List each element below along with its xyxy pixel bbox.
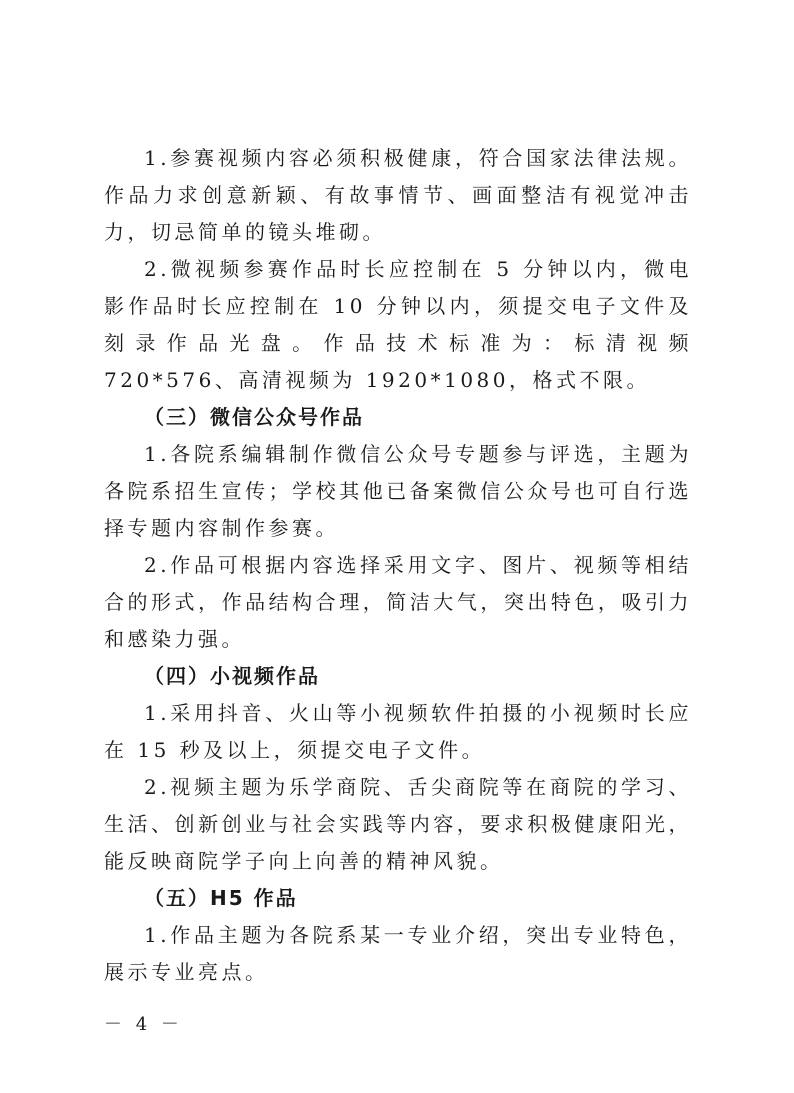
paragraph-h5-theme: 1.作品主题为各院系某一专业介绍，突出专业特色，展示专业亮点。 — [104, 917, 692, 991]
document-body: 1.参赛视频内容必须积极健康，符合国家法律法规。作品力求创意新颖、有故事情节、画… — [104, 140, 692, 991]
paragraph-video-content-requirements: 1.参赛视频内容必须积极健康，符合国家法律法规。作品力求创意新颖、有故事情节、画… — [104, 140, 692, 251]
paragraph-video-duration-standards: 2.微视频参赛作品时长应控制在 5 分钟以内，微电影作品时长应控制在 10 分钟… — [104, 251, 692, 399]
paragraph-wechat-topic: 1.各院系编辑制作微信公众号专题参与评选，主题为各院系招生宣传；学校其他已备案微… — [104, 436, 692, 547]
paragraph-short-video-duration: 1.采用抖音、火山等小视频软件拍摄的小视频时长应在 15 秒及以上，须提交电子文… — [104, 695, 692, 769]
section-heading-wechat: （三）微信公众号作品 — [104, 399, 692, 436]
section-heading-h5: （五）H5 作品 — [104, 880, 692, 917]
paragraph-wechat-form: 2.作品可根据内容选择采用文字、图片、视频等相结合的形式，作品结构合理，简洁大气… — [104, 547, 692, 658]
section-heading-short-video: （四）小视频作品 — [104, 658, 692, 695]
page-number: － 4 － — [104, 1010, 183, 1036]
paragraph-short-video-theme: 2.视频主题为乐学商院、舌尖商院等在商院的学习、生活、创新创业与社会实践等内容，… — [104, 769, 692, 880]
